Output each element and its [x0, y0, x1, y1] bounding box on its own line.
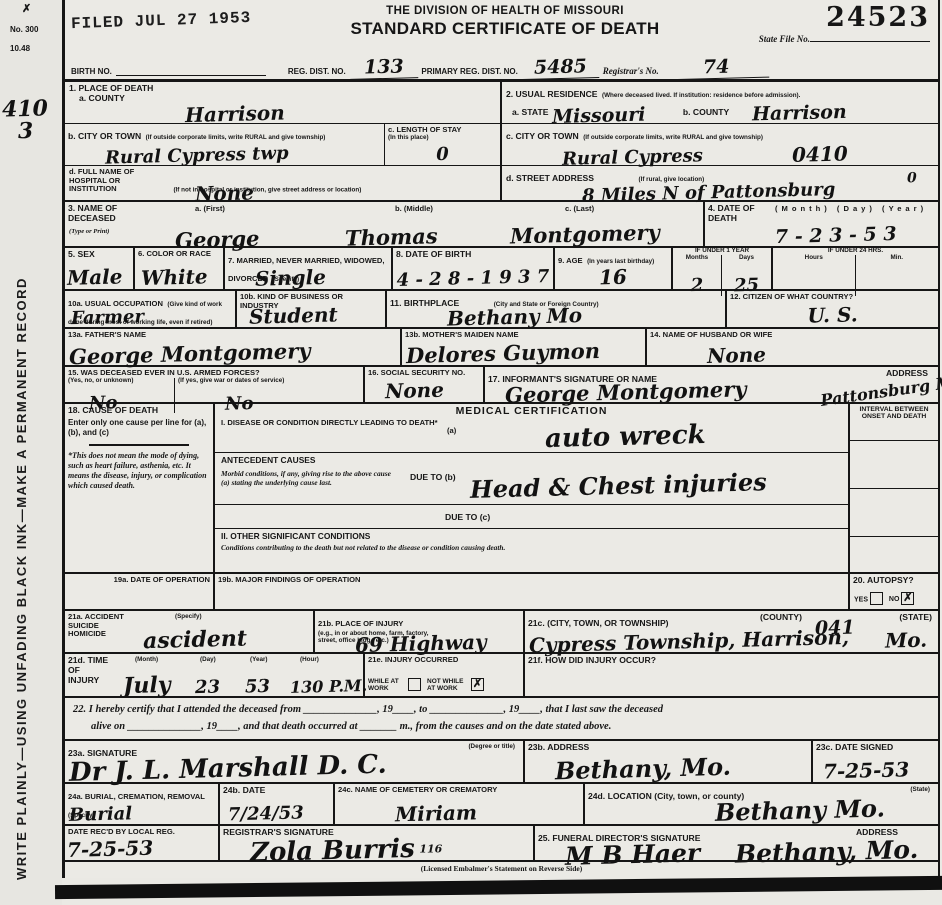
section-6-label: 6. COLOR OR RACE	[138, 250, 220, 259]
section-19b-label: 19b. MAJOR FINDINGS OF OPERATION	[218, 576, 845, 585]
armed-forces-row: 15. WAS DECEASED EVER IN U.S. ARMED FORC…	[65, 367, 938, 404]
title-block: THE DIVISION OF HEALTH OF MISSOURI STAND…	[305, 5, 705, 39]
section-11-birthplace: 11. BIRTHPLACE (City and State or Foreig…	[387, 291, 727, 327]
section-5-label: 5. SEX	[68, 250, 130, 260]
section-17-informant: 17. INFORMANT'S SIGNATURE OR NAME ADDRES…	[485, 367, 938, 402]
date-received-local-reg: DATE REC'D BY LOCAL REG. 7-25-53	[65, 826, 220, 860]
section-23a-signature: 23a. SIGNATURE (Degree or title) Dr J. L…	[65, 741, 525, 782]
section-24a-burial: 24a. BURIAL, CREMATION, REMOVAL (Specify…	[65, 784, 220, 824]
section-12-value: U. S.	[727, 300, 939, 330]
min-label: Min.	[856, 255, 939, 262]
field-1b-value: Rural Cypress twp	[105, 140, 382, 168]
field-1c-value: 0	[385, 142, 501, 166]
under-24-hrs-label: IF UNDER 24 HRS.	[773, 248, 938, 255]
filed-date-stamp: FILED JUL 27 1953	[71, 9, 252, 33]
section-14-value: None	[707, 338, 937, 368]
middle-name-label: b. (Middle)	[395, 205, 433, 214]
section-21a-label: 21a. ACCIDENT SUICIDE HOMICIDE	[68, 613, 138, 639]
due-to-c-label: DUE TO (c)	[445, 513, 490, 523]
section-15-note1: (Yes, no, or unknown)	[65, 378, 174, 385]
field-2a-2b: 2. USUAL RESIDENCE (Where deceased lived…	[502, 82, 938, 124]
section-10b-industry: 10b. KIND OF BUSINESS OR INDUSTRY Studen…	[237, 291, 387, 327]
section-3-name: 3. NAME OF DECEASED (Type or Print) a. (…	[65, 202, 705, 246]
reg-dist-value: 133	[349, 55, 417, 80]
autopsy-no-label: NO	[889, 596, 900, 603]
section-16-ssn: 16. SOCIAL SECURITY NO. None	[365, 367, 485, 402]
antecedent-causes-label: ANTECEDENT CAUSES	[221, 456, 315, 466]
section-19a-label: 19a. DATE OF OPERATION	[68, 576, 210, 585]
section-23b-value: Bethany, Mo.	[555, 750, 810, 786]
section-10a-value: Farmer	[71, 304, 233, 329]
section-24b-label: 24b. DATE	[223, 786, 330, 796]
section-21c-county-label: (COUNTY)	[760, 613, 802, 623]
section-15-armed-forces: 15. WAS DECEASED EVER IN U.S. ARMED FORC…	[65, 367, 365, 402]
section-21f-label: 21f. HOW DID INJURY OCCUR?	[528, 656, 935, 666]
birth-no-label: BIRTH NO.	[71, 67, 112, 76]
section-6-race: 6. COLOR OR RACE White	[135, 248, 225, 289]
cause-line-c: DUE TO (c)	[215, 505, 848, 529]
autopsy-yes-label: YES	[854, 596, 868, 603]
registration-row: BIRTH NO. REG. DIST. NO. 133 PRIMARY REG…	[65, 54, 938, 82]
section-7-marital: 7. MARRIED, NEVER MARRIED, WIDOWED, DIVO…	[225, 248, 393, 289]
age-under-24-hrs: IF UNDER 24 HRS. Hours Min.	[773, 248, 938, 289]
interval-line-b	[850, 441, 938, 489]
interval-line-c	[850, 489, 938, 537]
section-5-value: Male	[67, 264, 132, 290]
section-7-value: Single	[255, 263, 390, 290]
section-4-sublabels: (Month) (Day) (Year)	[775, 205, 927, 214]
margin-handwritten-number: 3	[18, 118, 34, 144]
field-1a-county: 1. PLACE OF DEATH a. COUNTY Harrison	[65, 82, 500, 124]
section-8-label: 8. DATE OF BIRTH	[396, 250, 550, 260]
section-8-birth-date: 8. DATE OF BIRTH 4 - 2 8 - 1 9 3 7	[393, 248, 555, 289]
section-18-label: 18. CAUSE OF DEATH	[68, 406, 210, 416]
section-5-sex: 5. SEX Male	[65, 248, 135, 289]
section-18-instruction: Enter only one cause per line for (a), (…	[68, 418, 210, 438]
injury-hour-value: 130 P.M.	[290, 676, 361, 697]
burial-row: 24a. BURIAL, CREMATION, REMOVAL (Specify…	[65, 784, 938, 826]
registrar-no-value: 74	[662, 55, 769, 81]
registrar-row: DATE REC'D BY LOCAL REG. 7-25-53 REGISTR…	[65, 826, 938, 862]
hours-label: Hours	[773, 255, 855, 262]
autopsy-no-checkbox: ✗	[901, 592, 914, 605]
registrar-signature: REGISTRAR'S SIGNATURE Zola Burris 116	[220, 826, 535, 860]
last-name-label: c. (Last)	[565, 205, 594, 214]
medical-certification-title: MEDICAL CERTIFICATION	[215, 404, 848, 417]
section-21c-location: 21c. (CITY, TOWN, OR TOWNSHIP) (COUNTY) …	[525, 611, 938, 652]
cause-line-a-value: auto wreck	[545, 420, 706, 454]
section-24c-cemetery: 24c. NAME OF CEMETERY OR CREMATORY Miria…	[335, 784, 585, 824]
antecedent-causes-note: Morbid conditions, if any, giving rise t…	[221, 469, 401, 488]
hour-label: (Hour)	[300, 657, 319, 664]
section-18-footnote: *This does not mean the mode of dying, s…	[68, 451, 210, 491]
field-1b-1c: b. CITY OR TOWN (If outside corporate li…	[65, 124, 500, 166]
field-1b-city: b. CITY OR TOWN (If outside corporate li…	[65, 124, 385, 165]
certificate-form: FILED JUL 27 1953 THE DIVISION OF HEALTH…	[62, 0, 940, 878]
section-13a-father: 13a. FATHER'S NAME George Montgomery	[65, 329, 402, 365]
not-while-at-work-label: NOT WHILE AT WORK	[427, 678, 469, 692]
scan-left-margin: ✗ No. 300 10.48 410 3 WRITE PLAINLY—USIN…	[0, 0, 62, 905]
field-2a-label: a. STATE	[512, 107, 548, 117]
field-2d-label: d. STREET ADDRESS	[506, 173, 594, 183]
margin-mark-x: ✗	[22, 2, 31, 15]
section-21d-time-of-injury: 21d. TIME OF INJURY (Month) (Day) (Year)…	[65, 654, 365, 696]
field-2c-note: (If outside corporate limits, write RURA…	[583, 134, 763, 141]
section-15-note2: (If yes, give war or dates of service)	[175, 378, 363, 385]
section-19b-findings: 19b. MAJOR FINDINGS OF OPERATION	[215, 574, 850, 609]
cause-line-a: I. DISEASE OR CONDITION DIRECTLY LEADING…	[215, 417, 848, 453]
months-label: Months	[673, 255, 721, 262]
section-2-note: (Where deceased lived. If institution: r…	[602, 92, 800, 99]
section-21e-injury-occurred: 21e. INJURY OCCURRED WHILE AT WORK NOT W…	[365, 654, 525, 696]
field-2c-city: c. CITY OR TOWN (If outside corporate li…	[502, 124, 938, 166]
physician-row: 23a. SIGNATURE (Degree or title) Dr J. L…	[65, 741, 938, 784]
first-name-label: a. (First)	[195, 205, 225, 214]
section-21c-state-value: Mo.	[885, 627, 937, 652]
interval-label: INTERVAL BETWEEN ONSET AND DEATH	[850, 404, 938, 423]
autopsy-yes-checkbox	[870, 592, 883, 605]
section-9-age: 9. AGE (In years last birthday) 16	[555, 248, 673, 289]
section-20-label: 20. AUTOPSY?	[853, 576, 935, 586]
section-21b-place-of-injury: 21b. PLACE OF INJURY (e.g., in or about …	[315, 611, 525, 652]
other-conditions-label: II. OTHER SIGNIFICANT CONDITIONS	[215, 529, 848, 542]
birth-no-blank	[116, 64, 266, 76]
section-24a-value: Burial	[69, 801, 216, 826]
scan-bottom-edge	[55, 875, 942, 899]
section-18-side-column: 18. CAUSE OF DEATH Enter only one cause …	[65, 404, 215, 572]
section-4-value: 7 - 2 3 - 5 3	[775, 222, 937, 248]
margin-form-number: No. 300	[10, 25, 38, 34]
registrar-signature-value: Zola Burris	[250, 834, 416, 868]
primary-reg-label: PRIMARY REG. DIST. NO.	[421, 67, 517, 76]
section-21c-label: 21c. (CITY, TOWN, OR TOWNSHIP)	[528, 618, 669, 628]
section-21c-state-label: (STATE)	[899, 613, 932, 623]
section-24c-label: 24c. NAME OF CEMETERY OR CREMATORY	[338, 786, 580, 795]
not-while-at-work-checkbox: ✗	[471, 678, 484, 691]
section-21d-label: 21d. TIME OF INJURY	[68, 656, 110, 686]
field-1c-length-of-stay: c. LENGTH OF STAY (In this place) 0	[385, 124, 500, 165]
medical-certification-column: MEDICAL CERTIFICATION I. DISEASE OR COND…	[215, 404, 850, 572]
section-21e-label: 21e. INJURY OCCURRED	[368, 656, 520, 665]
department-line: THE DIVISION OF HEALTH OF MISSOURI	[305, 5, 705, 17]
other-conditions-note: Conditions contributing to the death but…	[215, 542, 545, 553]
section-21b-label: 21b. PLACE OF INJURY	[318, 619, 403, 628]
funeral-director-signature: 25. FUNERAL DIRECTOR'S SIGNATURE ADDRESS…	[535, 826, 938, 860]
field-2d-extra: 0	[907, 170, 936, 187]
state-file-number-block: 24523 State File No.	[730, 2, 930, 47]
section-1-title: 1. PLACE OF DEATH	[69, 84, 496, 94]
section-13b-value: Delores Guymon	[406, 337, 644, 368]
cause-line-b: ANTECEDENT CAUSES Morbid conditions, if …	[215, 453, 848, 505]
section-20-autopsy: 20. AUTOPSY? YES NO ✗	[850, 574, 938, 609]
accident-row-1: 21a. ACCIDENT SUICIDE HOMICIDE (Specify)…	[65, 611, 938, 654]
field-1d-label: d. FULL NAME OF HOSPITAL OR INSTITUTION	[69, 168, 169, 194]
parents-row: 13a. FATHER'S NAME George Montgomery 13b…	[65, 329, 938, 367]
section-1-place-of-death: 1. PLACE OF DEATH a. COUNTY Harrison b. …	[65, 82, 502, 200]
certificate-title: STANDARD CERTIFICATE OF DEATH	[305, 19, 705, 39]
section-3-label: 3. NAME OF DECEASED	[68, 204, 158, 224]
section-24b-value: 7/24/53	[228, 802, 332, 826]
section-4-date-of-death: 4. DATE OF DEATH (Month) (Day) (Year) 7 …	[705, 202, 938, 246]
section-10a-occupation: 10a. USUAL OCCUPATION (Give kind of work…	[65, 291, 237, 327]
year-label: (Year)	[250, 657, 268, 664]
section-21a-value: ascident	[143, 624, 312, 654]
section-21b-value: 69 Highway	[355, 629, 522, 657]
reg-dist-label: REG. DIST. NO.	[288, 67, 346, 76]
section-8-value: 4 - 2 8 - 1 9 3 7	[393, 266, 553, 291]
days-label: Days	[722, 255, 771, 262]
state-file-label: State File No.	[759, 34, 810, 44]
section-6-value: White	[141, 264, 222, 290]
section-13b-mother: 13b. MOTHER'S MAIDEN NAME Delores Guymon	[402, 329, 647, 365]
section-24d-location: 24d. LOCATION (City, town, or county) (S…	[585, 784, 938, 824]
section-13a-value: George Montgomery	[69, 336, 399, 370]
sex-race-married-row: 5. SEX Male 6. COLOR OR RACE White 7. MA…	[65, 248, 938, 291]
section-3-note: (Type or Print)	[69, 228, 109, 236]
section-9-label: 9. AGE	[558, 256, 583, 265]
section-23c-value: 7-25-53	[823, 757, 937, 784]
operation-autopsy-row: 19a. DATE OF OPERATION 19b. MAJOR FINDIN…	[65, 574, 938, 611]
age-years-value: 16	[555, 263, 672, 290]
month-label: (Month)	[135, 657, 158, 664]
section-24a-label: 24a. BURIAL, CREMATION, REMOVAL	[68, 792, 205, 801]
field-1b-label: b. CITY OR TOWN	[68, 131, 141, 141]
section-4-label: 4. DATE OF DEATH	[708, 204, 756, 224]
field-2b-value: Harrison	[752, 99, 937, 126]
section-16-value: None	[385, 377, 482, 404]
margin-vertical-instruction: WRITE PLAINLY—USING UNFADING BLACK INK—M…	[14, 277, 29, 880]
while-at-work-checkbox	[408, 678, 421, 691]
header: FILED JUL 27 1953 THE DIVISION OF HEALTH…	[65, 0, 938, 54]
funeral-director-address-value: Bethany, Mo.	[735, 834, 937, 868]
age-under-1-year: IF UNDER 1 YEAR Months 2 Days 25	[673, 248, 773, 289]
cause-of-death-block: 18. CAUSE OF DEATH Enter only one cause …	[65, 404, 938, 574]
section-14-spouse: 14. NAME OF HUSBAND OR WIFE None	[647, 329, 938, 365]
section-19a-operation-date: 19a. DATE OF OPERATION	[65, 574, 215, 609]
field-2d-street: d. STREET ADDRESS (If rural, give locati…	[502, 166, 938, 200]
field-1d-hospital: d. FULL NAME OF HOSPITAL OR INSTITUTION …	[65, 166, 500, 200]
name-deathdate-row: 3. NAME OF DECEASED (Type or Print) a. (…	[65, 202, 938, 248]
section-23b-address: 23b. ADDRESS Bethany, Mo.	[525, 741, 813, 782]
section-10b-value: Student	[249, 301, 384, 328]
field-2c-code: 0410	[792, 139, 937, 167]
last-name-value: Montgomery	[510, 219, 702, 249]
section-11-value: Bethany Mo	[447, 299, 724, 330]
field-1c-note: (In this place)	[388, 135, 497, 142]
section-24b-date: 24b. DATE 7/24/53	[220, 784, 335, 824]
section-21a-note: (Specify)	[175, 614, 202, 621]
section-22-certification: 22. I hereby certify that I attended the…	[65, 698, 938, 741]
registrar-no-label: Registrar's No.	[603, 66, 659, 76]
interval-line-a	[850, 423, 938, 441]
section-2-usual-residence: 2. USUAL RESIDENCE (Where deceased lived…	[502, 82, 938, 200]
margin-form-date: 10.48	[10, 44, 30, 53]
accident-row-2: 21d. TIME OF INJURY (Month) (Day) (Year)…	[65, 654, 938, 698]
interval-column: INTERVAL BETWEEN ONSET AND DEATH	[850, 404, 938, 572]
state-file-line	[810, 41, 930, 42]
registrar-signature-number: 116	[419, 843, 442, 856]
field-1b-note: (If outside corporate limits, write RURA…	[146, 134, 326, 141]
field-2c-label: c. CITY OR TOWN	[506, 131, 579, 141]
section-24c-value: Miriam	[395, 798, 582, 827]
section-21f-how-injury: 21f. HOW DID INJURY OCCUR?	[525, 654, 938, 696]
due-to-b-value: Head & Chest injuries	[470, 467, 767, 504]
section-21a-accident: 21a. ACCIDENT SUICIDE HOMICIDE (Specify)…	[65, 611, 315, 652]
section-23c-date-signed: 23c. DATE SIGNED 7-25-53	[813, 741, 938, 782]
day-label: (Day)	[200, 657, 216, 664]
death-certificate-scan: ✗ No. 300 10.48 410 3 WRITE PLAINLY—USIN…	[0, 0, 942, 905]
section-12-citizen: 12. CITIZEN OF WHAT COUNTRY? U. S.	[727, 291, 938, 327]
place-residence-row: 1. PLACE OF DEATH a. COUNTY Harrison b. …	[65, 82, 938, 202]
cause-line-a-label: I. DISEASE OR CONDITION DIRECTLY LEADING…	[221, 419, 441, 428]
cause-line-a-sub: (a)	[447, 427, 456, 436]
certify-line-1: 22. I hereby certify that I attended the…	[73, 702, 930, 719]
occupation-row: 10a. USUAL OCCUPATION (Give kind of work…	[65, 291, 938, 329]
primary-reg-value: 5485	[522, 55, 599, 80]
due-to-b-label: DUE TO (b)	[410, 473, 456, 483]
section-23c-label: 23c. DATE SIGNED	[816, 743, 935, 753]
certify-line-2: alive on ______________, 19____, and tha…	[73, 719, 930, 736]
section-2-title: 2. USUAL RESIDENCE	[506, 89, 598, 99]
date-received-value: 7-25-53	[67, 834, 217, 862]
while-at-work-label: WHILE AT WORK	[368, 678, 406, 692]
section-24d-value: Bethany Mo.	[715, 792, 937, 827]
